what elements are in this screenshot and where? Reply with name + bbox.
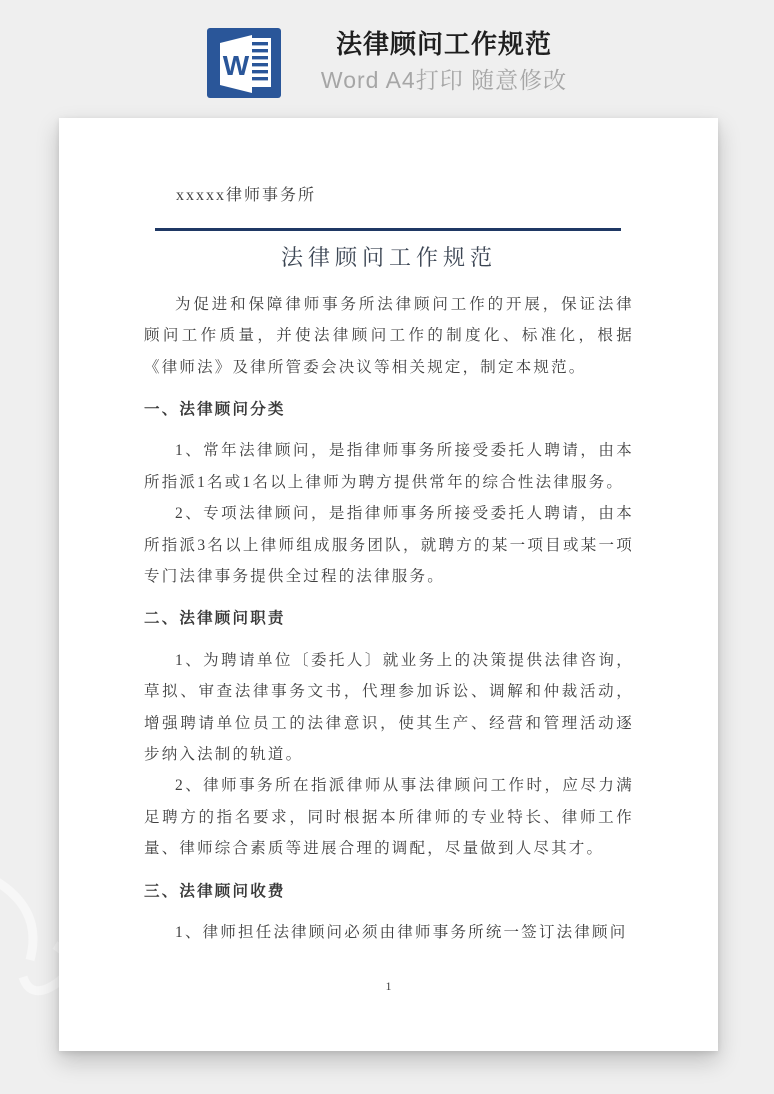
paragraph: 1、律师担任法律顾问必须由律师事务所统一签订法律顾问 bbox=[144, 917, 634, 948]
word-icon-letter: W bbox=[223, 50, 250, 81]
intro-paragraph: 为促进和保障律师事务所法律顾问工作的开展，保证法律顾问工作质量，并使法律顾问工作… bbox=[144, 289, 634, 383]
paragraph: 2、专项法律顾问，是指律师事务所接受委托人聘请，由本所指派3名以上律师组成服务团… bbox=[144, 498, 634, 592]
document-content: xxxxx律师事务所 法律顾问工作规范 为促进和保障律师事务所法律顾问工作的开展… bbox=[144, 118, 634, 948]
word-icon: W bbox=[207, 28, 281, 98]
document-page: xxxxx律师事务所 法律顾问工作规范 为促进和保障律师事务所法律顾问工作的开展… bbox=[59, 118, 718, 1051]
paragraph: 2、律师事务所在指派律师从事法律顾问工作时，应尽力满足聘方的指名要求，同时根据本… bbox=[144, 770, 634, 864]
paragraph: 1、常年法律顾问，是指律师事务所接受委托人聘请，由本所指派1名或1名以上律师为聘… bbox=[144, 435, 634, 498]
template-preview-page: { "header": { "title": "法律顾问工作规范", "subt… bbox=[0, 0, 774, 1094]
template-subtitle: Word A4打印 随意修改 bbox=[321, 66, 567, 94]
document-title: 法律顾问工作规范 bbox=[144, 241, 634, 274]
section-heading-1: 一、法律顾问分类 bbox=[144, 394, 634, 425]
template-title: 法律顾问工作规范 bbox=[336, 28, 552, 60]
header: W 法律顾问工作规范 Word A4打印 随意修改 bbox=[0, 0, 774, 118]
section-heading-3: 三、法律顾问收费 bbox=[144, 876, 634, 907]
section-heading-2: 二、法律顾问职责 bbox=[144, 603, 634, 634]
header-text: 法律顾问工作规范 Word A4打印 随意修改 bbox=[321, 28, 567, 94]
title-divider-rule bbox=[155, 228, 621, 231]
page-number: 1 bbox=[59, 979, 718, 994]
letterhead: xxxxx律师事务所 bbox=[144, 185, 634, 207]
paragraph: 1、为聘请单位〔委托人〕就业务上的决策提供法律咨询，草拟、审查法律事务文书，代理… bbox=[144, 645, 634, 771]
